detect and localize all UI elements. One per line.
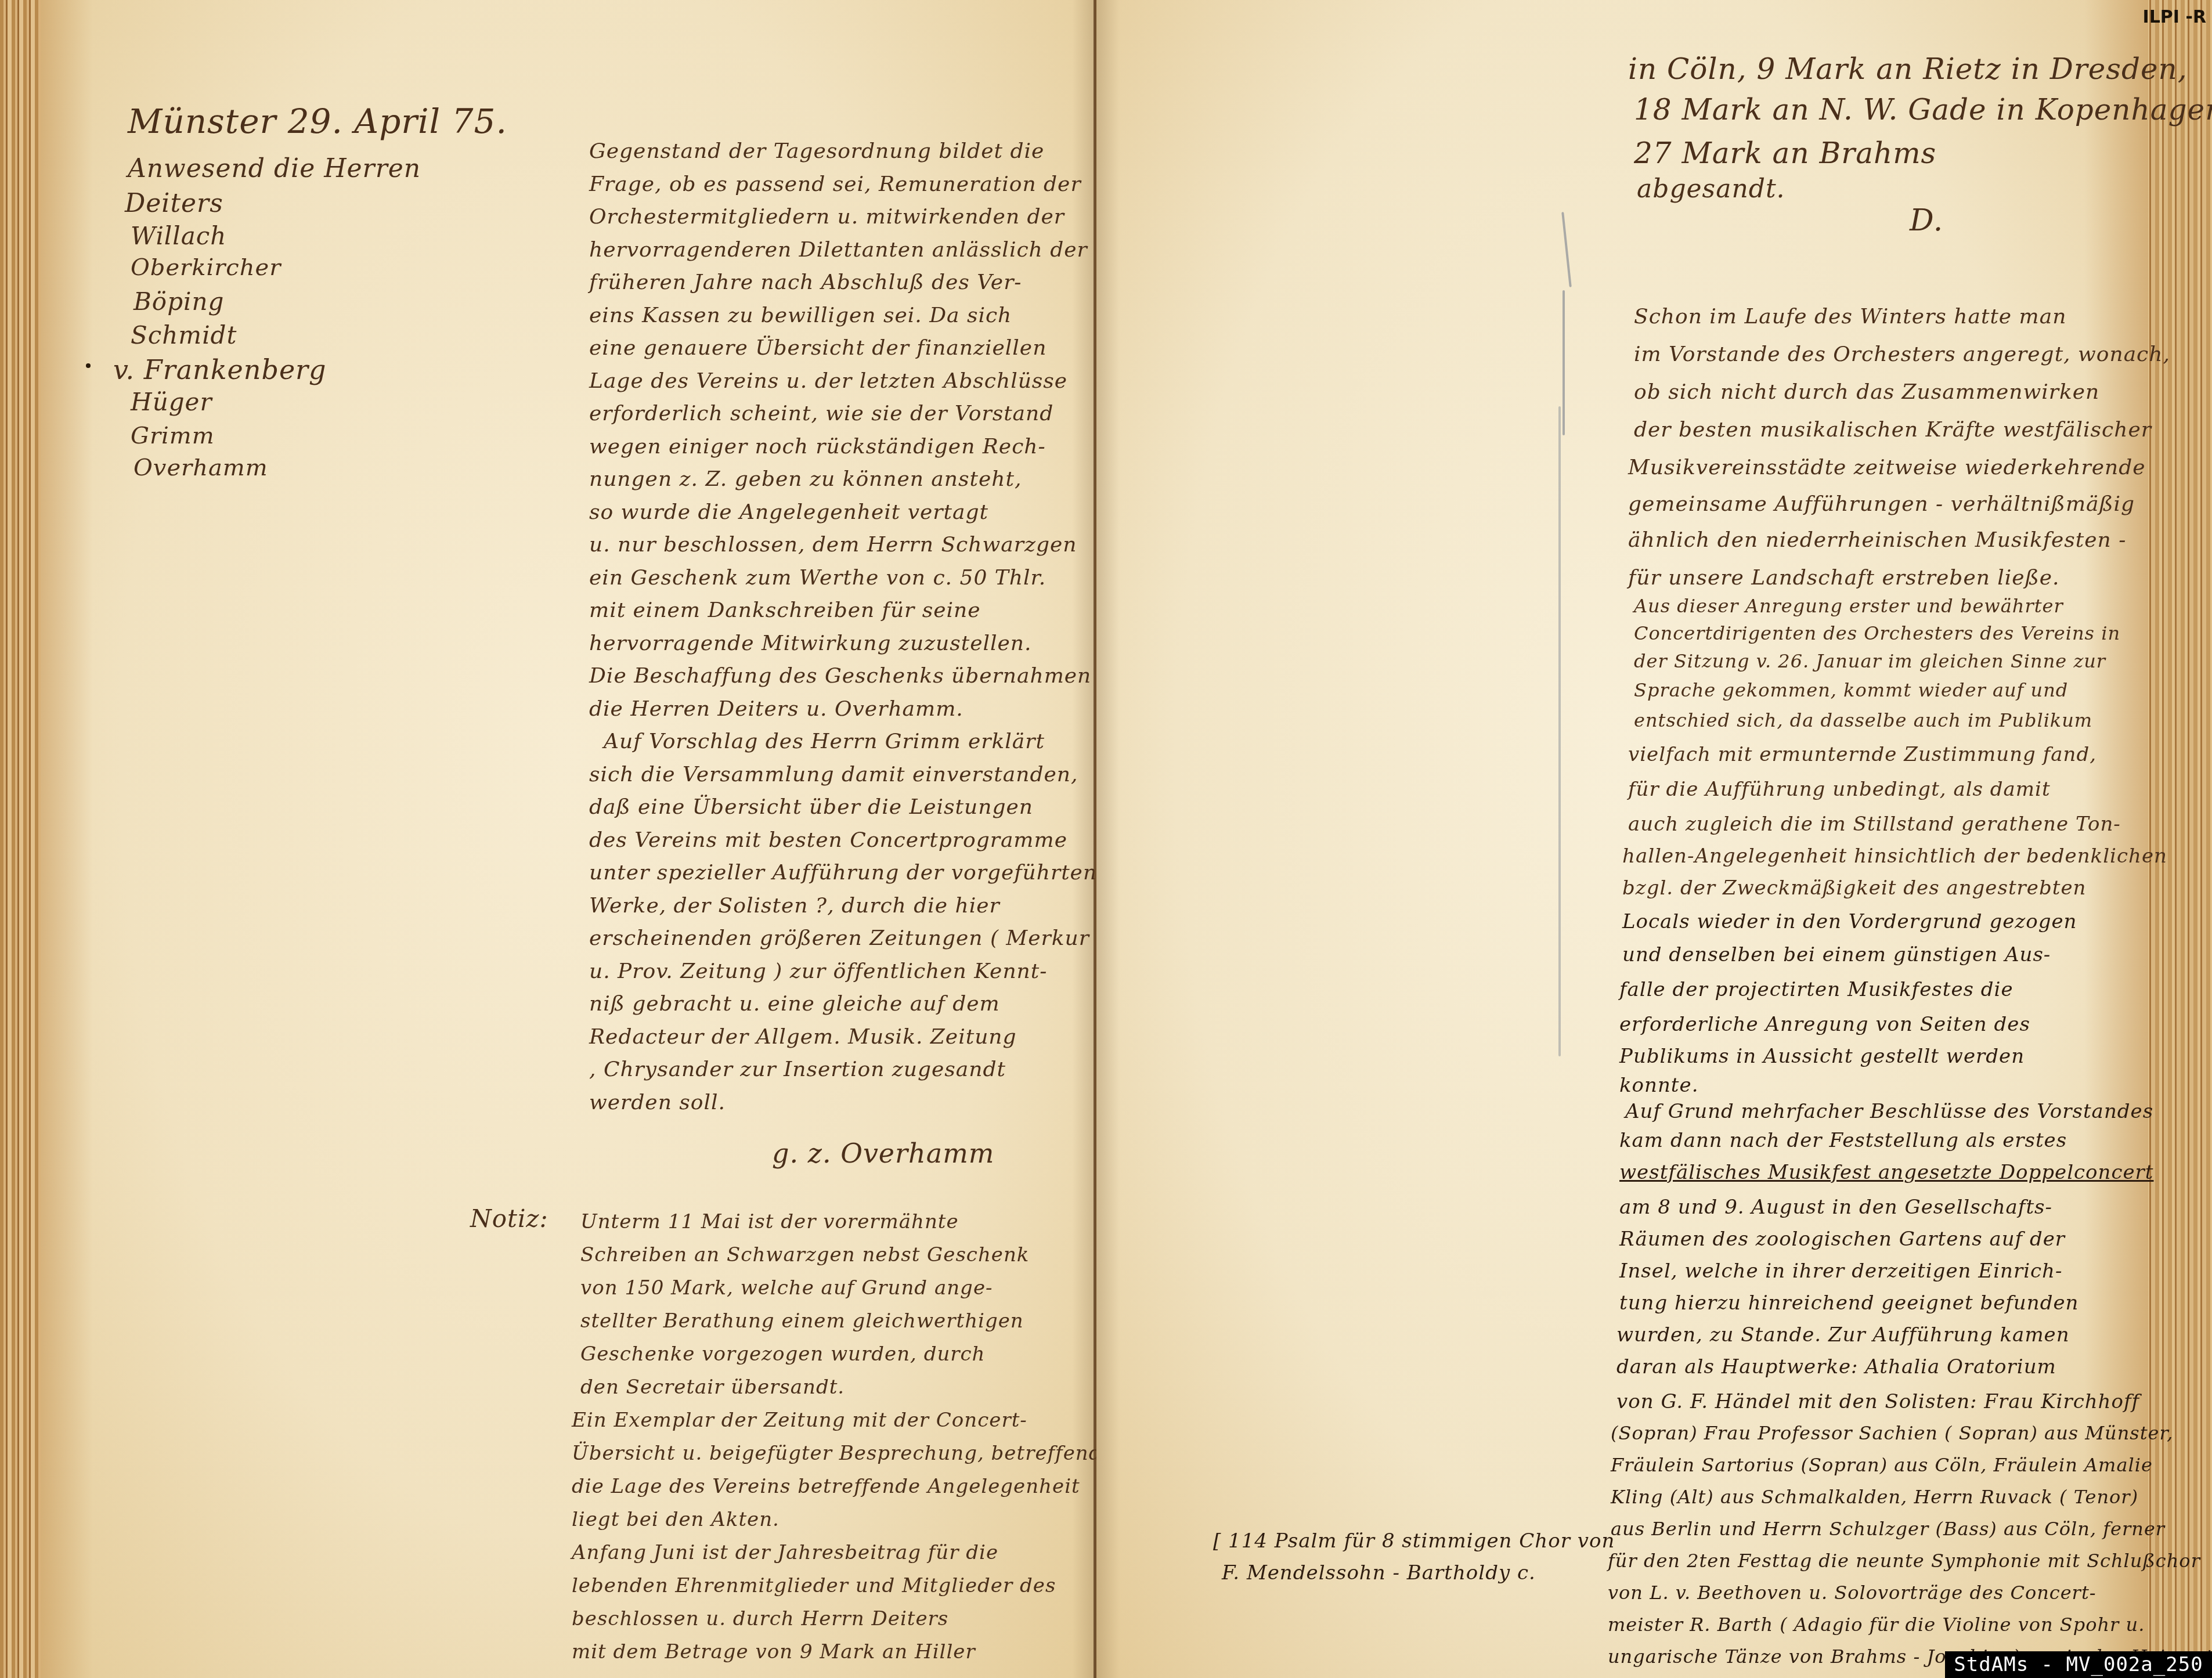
body-line: Publikums in Aussicht gestellt werden bbox=[1619, 1045, 2025, 1068]
notiz-line: lebenden Ehrenmitglieder und Mitglieder … bbox=[572, 1574, 1056, 1597]
body-line: Fräulein Sartorius (Sopran) aus Cöln, Fr… bbox=[1611, 1454, 2153, 1476]
body-line: hallen-Angelegenheit hinsichtlich der be… bbox=[1622, 845, 2167, 868]
body-line: hervorragenderen Dilettanten anlässlich … bbox=[589, 238, 1088, 262]
notiz-line: Ein Exemplar der Zeitung mit der Concert… bbox=[572, 1409, 1027, 1432]
page-tab-mark: ILPI -R bbox=[2143, 7, 2206, 27]
body-line: gemeinsame Aufführungen - verhältnißmäßi… bbox=[1628, 492, 2135, 516]
attendance-intro: Anwesend die Herren bbox=[128, 154, 421, 183]
margin-dot bbox=[86, 363, 91, 368]
top-line: in Cöln, 9 Mark an Rietz in Dresden, bbox=[1628, 52, 2188, 86]
body-line: früheren Jahre nach Abschluß des Ver- bbox=[589, 270, 1022, 294]
body-line: für unsere Landschaft erstreben ließe. bbox=[1628, 566, 2059, 590]
notiz-line: Geschenke vorgezogen wurden, durch bbox=[580, 1343, 986, 1366]
body-line: sich die Versammlung damit einverstanden… bbox=[589, 763, 1078, 786]
body-line: der besten musikalischen Kräfte westfäli… bbox=[1634, 418, 2152, 442]
body-line: die Herren Deiters u. Overhamm. bbox=[589, 697, 964, 721]
body-line: Frage, ob es passend sei, Remuneration d… bbox=[589, 172, 1081, 196]
body-line: Kling (Alt) aus Schmalkalden, Herrn Ruva… bbox=[1611, 1486, 2138, 1508]
body-line: Sprache gekommen, kommt wieder auf und bbox=[1634, 679, 2068, 701]
archive-label: StdAMs - MV_002a_250 bbox=[1945, 1651, 2212, 1678]
pencil-margin-line bbox=[1558, 406, 1561, 1056]
attendee-name: Schmidt bbox=[131, 321, 237, 349]
secretary-signature: g. z. Overhamm bbox=[772, 1138, 994, 1169]
body-line: im Vorstande des Orchesters angeregt, wo… bbox=[1634, 342, 2170, 366]
body-line: eins Kassen zu bewilligen sei. Da sich bbox=[589, 304, 1012, 327]
notiz-line: Übersicht u. beigefügter Besprechung, be… bbox=[572, 1442, 1102, 1465]
top-line: abgesandt. bbox=[1637, 174, 1785, 204]
body-line: der Sitzung v. 26. Januar im gleichen Si… bbox=[1634, 650, 2106, 672]
body-line: daran als Hauptwerke: Athalia Oratorium bbox=[1616, 1355, 2056, 1379]
body-line: Werke, der Solisten ?, durch die hier bbox=[589, 894, 1000, 918]
body-line: Auf Vorschlag des Herrn Grimm erklärt bbox=[604, 730, 1045, 753]
notiz-line: beschlossen u. durch Herrn Deiters bbox=[572, 1607, 948, 1630]
body-line: von G. F. Händel mit den Solisten: Frau … bbox=[1616, 1390, 2139, 1413]
body-line: eine genauere Übersicht der finanziellen bbox=[589, 336, 1047, 360]
body-line: ein Geschenk zum Werthe von c. 50 Thlr. bbox=[589, 566, 1046, 590]
body-line: für die Aufführung unbedingt, als damit bbox=[1628, 778, 2051, 801]
body-line: Auf Grund mehrfacher Beschlüsse des Vors… bbox=[1625, 1100, 2153, 1123]
body-line: wegen einiger noch rückständigen Rech- bbox=[589, 435, 1046, 459]
body-line: , Chrysander zur Insertion zugesandt bbox=[589, 1058, 1006, 1081]
body-line: niß gebracht u. eine gleiche auf dem bbox=[589, 992, 1000, 1016]
body-line: wurden, zu Stande. Zur Aufführung kamen bbox=[1616, 1323, 2070, 1347]
body-line: auch zugleich die im Stillstand gerathen… bbox=[1628, 813, 2121, 836]
attendee-name: v. Frankenberg bbox=[113, 354, 327, 385]
body-line: so wurde die Angelegenheit vertagt bbox=[589, 500, 988, 524]
body-line: entschied sich, da dasselbe auch im Publ… bbox=[1634, 709, 2092, 731]
psalm-note-line: F. Mendelssohn - Bartholdy c. bbox=[1222, 1561, 1536, 1585]
body-line: Locals wieder in den Vordergrund gezogen bbox=[1622, 910, 2077, 933]
top-line: 18 Mark an N. W. Gade in Kopenhagen, bbox=[1634, 93, 2212, 127]
body-line: Concertdirigenten des Orchesters des Ver… bbox=[1634, 622, 2120, 644]
body-line: tung hierzu hinreichend geeignet befunde… bbox=[1619, 1291, 2079, 1315]
body-line: Lage des Vereins u. der letzten Abschlüs… bbox=[589, 369, 1067, 393]
attendee-name: Overhamm bbox=[133, 454, 268, 481]
pencil-margin-line bbox=[1563, 290, 1565, 435]
body-line: kam dann nach der Feststellung als erste… bbox=[1619, 1129, 2067, 1152]
body-line: (Sopran) Frau Professor Sachien ( Sopran… bbox=[1611, 1422, 2174, 1444]
body-line: Insel, welche in ihrer derzeitigen Einri… bbox=[1619, 1260, 2062, 1283]
body-line: des Vereins mit besten Concertprogramme bbox=[589, 828, 1067, 852]
attendee-name: Deiters bbox=[125, 189, 223, 218]
body-line: bzgl. der Zweckmäßigkeit des angestrebte… bbox=[1622, 876, 2086, 900]
notiz-line: Schreiben an Schwarzgen nebst Geschenk bbox=[580, 1243, 1029, 1266]
attendee-name: Böping bbox=[133, 287, 224, 316]
body-line: von L. v. Beethoven u. Solovorträge des … bbox=[1608, 1582, 2096, 1604]
body-line: aus Berlin und Herrn Schulzger (Bass) au… bbox=[1611, 1518, 2165, 1540]
notiz-line: liegt bei den Akten. bbox=[572, 1508, 780, 1531]
attendee-name: Hüger bbox=[131, 388, 212, 416]
open-manuscript-book: Münster 29. April 75. Anwesend die Herre… bbox=[0, 0, 2212, 1678]
body-line: Gegenstand der Tagesordnung bildet die bbox=[589, 139, 1044, 163]
body-line: Räumen des zoologischen Gartens auf der bbox=[1619, 1228, 2065, 1251]
body-line: Redacteur der Allgem. Musik. Zeitung bbox=[589, 1025, 1017, 1049]
body-line: u. Prov. Zeitung ) zur öffentlichen Kenn… bbox=[589, 959, 1047, 983]
body-line: falle der projectirten Musikfestes die bbox=[1619, 978, 2013, 1001]
body-line: ob sich nicht durch das Zusammenwirken bbox=[1634, 380, 2099, 404]
body-line: daß eine Übersicht über die Leistungen bbox=[589, 795, 1033, 819]
meeting-heading: Münster 29. April 75. bbox=[128, 102, 507, 141]
attendee-name: Grimm bbox=[131, 423, 215, 449]
body-line: und denselben bei einem günstigen Aus- bbox=[1622, 943, 2051, 966]
body-line: am 8 und 9. August in den Gesellschafts- bbox=[1619, 1196, 2052, 1219]
body-line: Schon im Laufe des Winters hatte man bbox=[1634, 305, 2066, 329]
psalm-note-line: [ 114 Psalm für 8 stimmigen Chor von bbox=[1213, 1529, 1615, 1553]
attendee-name: Willach bbox=[131, 222, 226, 250]
notiz-line: stellter Berathung einem gleichwerthigen bbox=[580, 1309, 1024, 1333]
body-line: vielfach mit ermunternde Zustimmung fand… bbox=[1628, 743, 2096, 766]
body-line: ähnlich den niederrheinischen Musikfeste… bbox=[1628, 528, 2126, 552]
body-line: westfälisches Musikfest angesetzte Doppe… bbox=[1619, 1161, 2154, 1184]
body-line: für den 2ten Festtag die neunte Symphoni… bbox=[1608, 1550, 2200, 1572]
signature-initial: D. bbox=[1910, 203, 1943, 238]
body-line: werden soll. bbox=[589, 1091, 726, 1114]
body-line: hervorragende Mitwirkung zuzustellen. bbox=[589, 631, 1031, 655]
body-line: unter spezieller Aufführung der vorgefüh… bbox=[589, 861, 1097, 885]
body-line: konnte. bbox=[1619, 1074, 1698, 1097]
body-line: erscheinenden größeren Zeitungen ( Merku… bbox=[589, 926, 1089, 950]
notiz-line: von 150 Mark, welche auf Grund ange- bbox=[580, 1276, 993, 1300]
notiz-label: Notiz: bbox=[470, 1204, 549, 1233]
top-line: 27 Mark an Brahms bbox=[1634, 136, 1936, 170]
body-line: Aus dieser Anregung erster und bewährter bbox=[1634, 595, 2063, 617]
body-line: erforderliche Anregung von Seiten des bbox=[1619, 1013, 2030, 1036]
body-line: erforderlich scheint, wie sie der Vorsta… bbox=[589, 402, 1053, 425]
body-line: u. nur beschlossen, dem Herrn Schwarzgen bbox=[589, 533, 1077, 557]
notiz-line: den Secretair übersandt. bbox=[580, 1376, 845, 1399]
left-page-stack-edge bbox=[0, 0, 46, 1678]
body-line: nungen z. Z. geben zu können ansteht, bbox=[589, 467, 1022, 491]
notiz-line: mit dem Betrage von 9 Mark an Hiller bbox=[572, 1640, 976, 1663]
body-line: Musikvereinsstädte zeitweise wiederkehre… bbox=[1628, 456, 2146, 479]
attendee-name: Oberkircher bbox=[131, 254, 281, 281]
notiz-line: Anfang Juni ist der Jahresbeitrag für di… bbox=[572, 1541, 998, 1564]
body-line: Orchestermitgliedern u. mitwirkenden der bbox=[589, 205, 1064, 229]
body-line: mit einem Dankschreiben für seine bbox=[589, 598, 981, 622]
body-line: Die Beschaffung des Geschenks übernahmen bbox=[589, 664, 1091, 688]
body-line: meister R. Barth ( Adagio für die Violin… bbox=[1608, 1614, 2145, 1636]
notiz-line: die Lage des Vereins betreffende Angeleg… bbox=[572, 1475, 1080, 1498]
notiz-line: Unterm 11 Mai ist der vorermähnte bbox=[580, 1210, 959, 1233]
